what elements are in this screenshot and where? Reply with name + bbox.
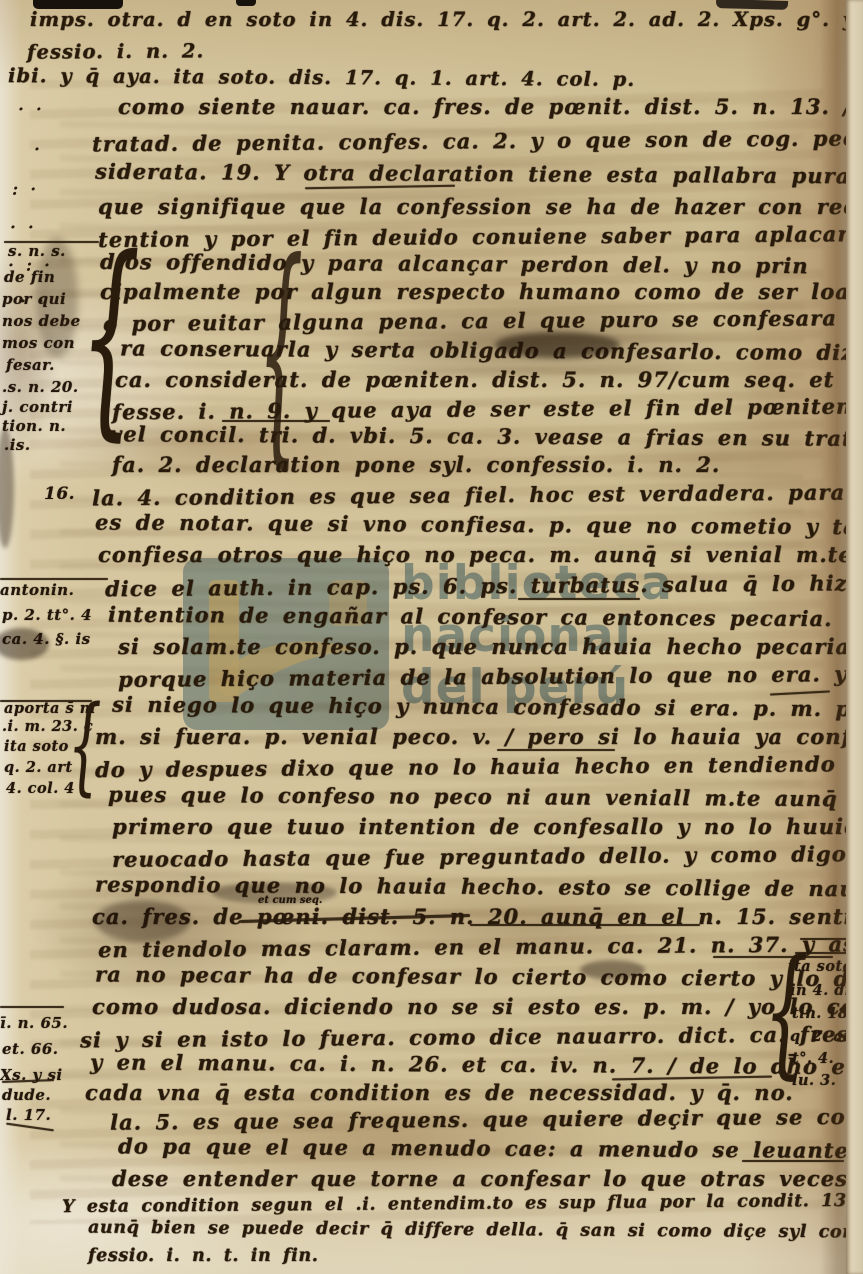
manuscript-line: intention de engañar al confesor ca ento… [108, 604, 863, 630]
manuscript-line: dios offendido y para alcançar perdon de… [100, 251, 809, 276]
manuscript-line: ra no pecar ha de confesar lo cierto com… [95, 963, 863, 989]
underline-mark [742, 1160, 844, 1162]
manuscript-line: aunq̄ bien se puede decir q̄ differe del… [88, 1220, 856, 1242]
overline-mark [4, 241, 99, 243]
manuscript-line: la. 5. es que sea frequens. que quiere d… [110, 1104, 863, 1132]
margin-note: por qui [2, 292, 66, 307]
manuscript-line: m. si fuera. p. venial peco. v. / pero s… [95, 726, 863, 747]
margin-dots: · · [18, 100, 45, 120]
manuscript-line: reuocado hasta que fue preguntado dello.… [112, 843, 847, 870]
margin-note: s. n. s. [8, 244, 66, 259]
underline-mark [497, 749, 615, 751]
margin-note: mos con [2, 336, 75, 351]
manuscript-line: dese entender que torne a confesar lo qu… [112, 1168, 863, 1189]
manuscript-line: fessio. i. n. 2. [27, 41, 204, 62]
manuscript-line: tratad. de penita. confes. ca. 2. y o qu… [92, 127, 863, 155]
manuscript-line: Y esta condition segun el .i. entendim.t… [62, 1193, 854, 1217]
margin-note: et. 66. [2, 1042, 59, 1057]
margin-note: 4. col. 4 [6, 782, 75, 797]
manuscript-line: fesse. i. n. 9. y que aya de ser este el… [112, 395, 863, 423]
manuscript-line: y en el manu. ca. i. n. 26. et ca. iv. n… [90, 1051, 863, 1077]
margin-note: .is. [4, 438, 31, 453]
manuscript-line: ra conseruarla y serta obligado a confes… [120, 337, 863, 363]
margin-note: de fin [4, 270, 55, 285]
interline-note: et cum seq. [258, 896, 322, 906]
manuscript-line: es de notar. que si vno confiesa. p. que… [95, 511, 863, 537]
overline-mark [800, 938, 858, 940]
scan-edge-mark [236, 0, 256, 6]
margin-dots: : · [12, 180, 39, 200]
manuscript-line: cada vna q̄ esta condition es de necessi… [85, 1082, 794, 1103]
overline-mark [795, 952, 857, 954]
manuscript-line: imps. otra. d en soto in 4. dis. 17. q. … [30, 10, 863, 30]
strikethrough-mark [470, 924, 700, 926]
manuscript-line: fessio. i. n. t. in fin. [88, 1248, 318, 1266]
manuscript-line: que signifique que la confession se ha d… [98, 196, 863, 217]
manuscript-line: do pa que el que a menudo cae: a menudo … [118, 1135, 863, 1161]
manuscript-line: si niego lo que hiço y nunca confesado s… [112, 694, 863, 720]
margin-note: p. 2. tt°. 4 [2, 608, 92, 623]
manuscript-line: porque hiço materia de la absolution lo … [118, 663, 848, 690]
manuscript-line: do y despues dixo que no lo hauia hecho … [95, 753, 863, 780]
underline-mark [713, 956, 833, 958]
margin-note: fesar. [6, 358, 55, 373]
manuscript-line: como dudosa. diciendo no se si esto es. … [92, 996, 863, 1017]
margin-brace: { [764, 952, 809, 1071]
margin-dots: · [34, 140, 43, 160]
manuscript-line: cipalmente por algun respecto humano com… [100, 281, 863, 302]
manuscript-line: ca. considerat. de pœniten. dist. 5. n. … [115, 369, 863, 390]
margin-note: dude. [2, 1088, 51, 1103]
margin-note: ca. 4. §. is [2, 632, 91, 647]
manuscript-line: tention y por el fin deuido conuiene sab… [98, 223, 863, 250]
manuscript-line: o por euitar alguna pena. ca el que puro… [103, 307, 863, 334]
manuscript-line: pues que lo confeso no peco ni aun venia… [108, 784, 863, 810]
manuscript-line: primero que tuuo intention de confesallo… [112, 816, 863, 837]
margin-note: nos debe [2, 314, 81, 329]
manuscript-line: vel concil. tri. d. vbi. 5. ca. 3. vease… [110, 423, 863, 450]
margin-note: l. 17. [6, 1108, 51, 1123]
margin-note: tion. n. [2, 419, 66, 434]
margin-brace: { [80, 246, 141, 426]
margin-note: antonin. [0, 583, 74, 598]
underline-mark [222, 420, 330, 422]
manuscript-line: si y si en isto lo fuera. como dice naua… [80, 1023, 863, 1051]
margin-note: ita soto [4, 740, 69, 755]
underline-mark [770, 690, 830, 695]
underline-mark [518, 598, 640, 600]
margin-note: ī. n. 65. [0, 1016, 68, 1031]
overline-mark [0, 700, 92, 702]
manuscript-page: biblioteca nacional del perú imps. otra.… [0, 0, 863, 1274]
manuscript-line: dice el auth. in cap. ps. 6. ps. turbatu… [105, 572, 863, 599]
manuscript-line: siderata. 19. Y otra declaration tiene e… [95, 161, 859, 187]
margin-note: .s. n. 20. [2, 380, 79, 395]
margin-dots: · · [10, 218, 37, 238]
manuscript-line: como siente nauar. ca. fres. de pœnit. d… [118, 96, 863, 117]
margin-brace: { [68, 700, 102, 790]
manuscript-line: si solam.te confeso. p. que nunca hauia … [118, 636, 863, 657]
overline-mark [0, 1006, 64, 1008]
manuscript-line: respondio que no lo hauia hecho. esto se… [95, 873, 863, 899]
manuscript-line: la. 4. condition es que sea fiel. hoc es… [92, 481, 863, 509]
manuscript-line: ibi. y q̄ aya. ita soto. dis. 17. q. 1. … [8, 66, 635, 89]
manuscript-line: fa. 2. declaration pone syl. confessio. … [112, 454, 720, 475]
section-mark: 16. [44, 486, 75, 503]
margin-note: j. contri [2, 400, 73, 415]
overline-mark [0, 578, 108, 580]
manuscript-line: confiesa otros que hiço no peca. m. aunq… [98, 544, 863, 565]
margin-note: q. 2. art [4, 761, 73, 776]
underline-mark [305, 185, 455, 190]
